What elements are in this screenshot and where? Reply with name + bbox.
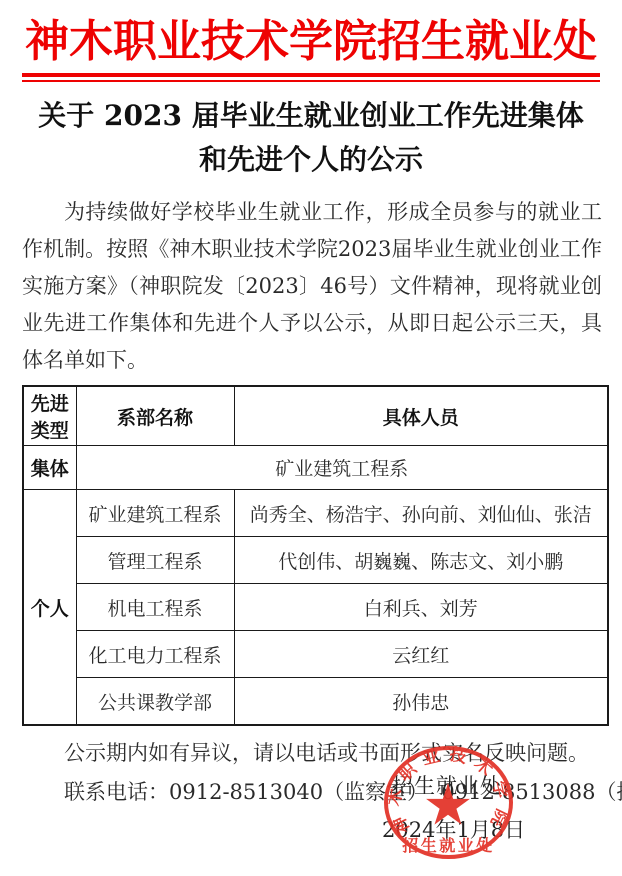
signature-date: 2024年1月8日 [382, 814, 525, 844]
people-cell: 孙伟忠 [234, 678, 608, 726]
collective-type-cell: 集体 [23, 446, 76, 490]
table-row: 管理工程系 代创伟、胡巍巍、陈志文、刘小鹏 [23, 537, 608, 584]
objection-notice: 公示期内如有异议，请以电话或书面形式实名反映问题。 [22, 738, 602, 768]
contact-phones: 联系电话：0912-8513040（监察室） 0912-8513088（招就处） [22, 777, 602, 807]
dept-cell: 管理工程系 [76, 537, 234, 584]
header-type-line1: 先进 [31, 393, 69, 415]
header-dept-cell: 系部名称 [76, 386, 234, 446]
announcement-page: 神木职业技术学院招生就业处 关于 2023 届毕业生就业创业工作先进集体 和先进… [0, 0, 622, 876]
dept-cell: 化工电力工程系 [76, 631, 234, 678]
doc-title: 关于 2023 届毕业生就业创业工作先进集体 和先进个人的公示 [0, 94, 622, 182]
table-row: 公共课教学部 孙伟忠 [23, 678, 608, 726]
table-row-collective: 集体 矿业建筑工程系 [23, 446, 608, 490]
header-type-cell: 先进 类型 [23, 386, 76, 446]
doc-title-line1: 关于 2023 届毕业生就业创业工作先进集体 [0, 94, 622, 138]
collective-value-cell: 矿业建筑工程系 [76, 446, 608, 490]
table-row: 机电工程系 白利兵、刘芳 [23, 584, 608, 631]
table-row: 个人 矿业建筑工程系 尚秀全、杨浩宇、孙向前、刘仙仙、张洁 [23, 490, 608, 537]
table-row: 化工电力工程系 云红红 [23, 631, 608, 678]
masthead-double-rule [22, 73, 600, 82]
masthead-title: 神木职业技术学院招生就业处 [10, 14, 612, 70]
people-cell: 云红红 [234, 631, 608, 678]
signature-office: 招生就业处 [392, 770, 502, 800]
header-type-line2: 类型 [31, 420, 69, 442]
award-table: 先进 类型 系部名称 具体人员 集体 矿业建筑工程系 个人 矿业建筑工程系 尚秀… [22, 385, 609, 726]
people-cell: 尚秀全、杨浩宇、孙向前、刘仙仙、张洁 [234, 490, 608, 537]
people-cell: 代创伟、胡巍巍、陈志文、刘小鹏 [234, 537, 608, 584]
table-header-row: 先进 类型 系部名称 具体人员 [23, 386, 608, 446]
body-paragraph: 为持续做好学校毕业生就业工作，形成全员参与的就业工作机制。按照《神木职业技术学院… [22, 194, 602, 379]
dept-cell: 矿业建筑工程系 [76, 490, 234, 537]
people-cell: 白利兵、刘芳 [234, 584, 608, 631]
header-people-cell: 具体人员 [234, 386, 608, 446]
individual-type-cell: 个人 [23, 490, 76, 726]
dept-cell: 公共课教学部 [76, 678, 234, 726]
doc-title-line2: 和先进个人的公示 [0, 138, 622, 182]
dept-cell: 机电工程系 [76, 584, 234, 631]
